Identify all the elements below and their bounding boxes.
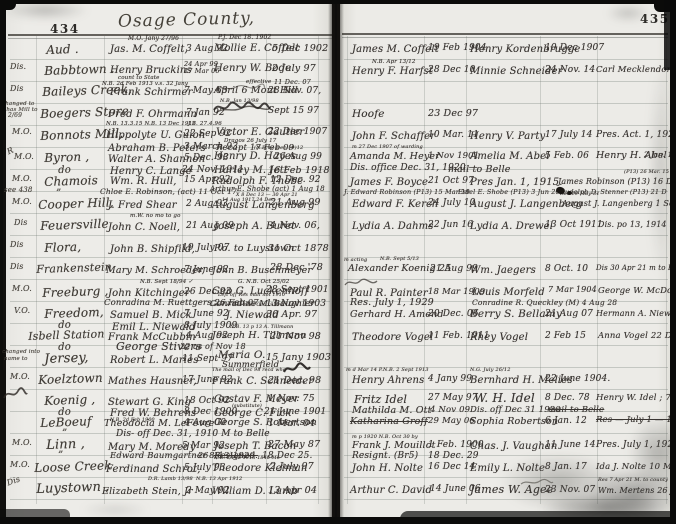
office-name: Byron , — [44, 150, 89, 165]
handwritten-entry: Katharina Groff — [350, 417, 428, 427]
scan-edge-left — [0, 130, 3, 370]
handwritten-entry: Wm. Jaegers — [470, 265, 536, 276]
scanned-ledger-spread: 434 435 Osage County, Aud .M.O. Jany 27/… — [0, 0, 676, 524]
binding-gutter — [328, 0, 344, 524]
handwritten-entry: 2 Feb 15 — [545, 332, 586, 342]
handwritten-entry: Frank J. Mouillot — [352, 441, 436, 451]
handwritten-entry: Henry F. Harfst — [352, 66, 433, 77]
handwritten-entry: 17 July 14 — [545, 131, 593, 141]
handwritten-entry: N.B. Sept 5/13 — [380, 257, 419, 263]
office-name: Jersey, — [44, 351, 89, 367]
handwritten-entry: Res 19 May 31 — [560, 192, 600, 198]
handwritten-entry: 28 Dec 10 — [428, 66, 476, 76]
handwritten-entry: Lydia A. Dahms — [352, 221, 434, 232]
handwritten-entry: John F. Schaffer — [352, 131, 435, 142]
page-number-left: 434 — [50, 22, 80, 36]
handwritten-entry: Left off Res mail not 1910 — [218, 293, 285, 298]
handwritten-entry: Fred F. Ohrmann — [108, 109, 197, 120]
handwritten-entry: August J. Langenberg 1 Sept 31 — [562, 200, 676, 209]
margin-annotation: Dis — [10, 241, 24, 250]
scan-edge-bottom — [400, 511, 676, 519]
handwritten-entry: 22 Dec 1907 — [268, 128, 327, 138]
handwritten-entry: Dis 30 Apr 21 m to Bonnots Mill — [596, 265, 676, 273]
handwritten-entry: Sept 15 97 — [268, 107, 319, 117]
handwritten-entry: 4 Nov. 06, — [270, 221, 320, 231]
handwritten-entry: Wm. Mertens 26 July 1909 — [598, 487, 676, 496]
handwritten-entry: Elizabeth Stein, Jr — [102, 487, 193, 497]
office-name: Koelztown — [38, 372, 103, 387]
handwritten-entry: 21 Aug 07 — [545, 310, 593, 320]
margin-annotation: changed into — [2, 349, 40, 355]
handwritten-entry: m.W. no mo to go — [130, 213, 181, 219]
handwritten-entry: Wm. R. Hull, — [110, 176, 177, 187]
handwritten-entry: 16 Dec 14 — [428, 463, 476, 473]
handwritten-entry: 8 Oct. 10 — [545, 265, 588, 275]
handwritten-entry: John H. Nolte — [352, 463, 423, 474]
handwritten-entry: James Robinson (P13) 16 Dec. 15 — [558, 178, 676, 187]
handwritten-entry: Frank Schirmer — [110, 87, 193, 98]
handwritten-entry: N.B. 13.3.15 N.B. 13 Dec 1912 — [106, 121, 196, 127]
handwritten-entry: 11 June 14 — [545, 441, 596, 451]
handwritten-entry: 5 Dec 1902 — [272, 44, 328, 54]
handwritten-entry: Res — July 1 — 1912 — [596, 416, 676, 425]
handwritten-entry: Dis- off Dec. 31, 1910 M to Belle — [116, 430, 270, 440]
margin-annotation: M.O. — [14, 153, 34, 162]
margin-annotation: 2/69 — [8, 113, 22, 120]
handwritten-entry: Res 7 Apr 21 M. to county mill — [598, 478, 676, 484]
handwritten-entry: 28 Dec '78 — [270, 263, 323, 273]
handwritten-entry: Hermann A. Niewald 9 Oct. 08 — [596, 310, 676, 319]
county-header: Osage County, — [118, 8, 255, 32]
handwritten-entry: 21 Aug 99 — [270, 198, 321, 208]
margin-annotation: Dis — [10, 263, 24, 272]
handwritten-entry: mail to Belle — [548, 406, 604, 415]
handwritten-entry: Henry V. Party — [470, 131, 545, 142]
handwritten-entry: 13 Oct 1911 — [545, 221, 603, 231]
handwritten-entry: N.B. 13 Apr 1912 — [196, 477, 242, 483]
handwritten-entry: 1 Mar. 04 — [268, 419, 315, 429]
handwritten-entry: 22 June 1904. — [545, 375, 610, 385]
handwritten-entry: 18 Dec. 29 — [428, 452, 479, 462]
handwritten-entry: Estel E. Shobe (P13) 3 Jun 20 — [458, 189, 560, 196]
handwritten-entry: Conradine R. Queckley (M) 4 Aug 28 — [472, 299, 617, 307]
handwritten-entry: 1 Nov. 75 — [268, 394, 315, 404]
handwritten-entry: 2 July 97 — [270, 462, 314, 472]
handwritten-entry: Dis. po 13, 1914 m E. Byron — [598, 221, 676, 230]
handwritten-entry: 28 Nov. 07, — [268, 87, 321, 97]
handwritten-entry: Samuel B. Mick — [110, 310, 192, 321]
handwritten-entry: J. Fred Shear — [108, 200, 177, 211]
handwritten-entry: m 27 Dec 1907 of warding — [352, 145, 423, 151]
ink-scribble — [344, 277, 378, 289]
handwritten-entry: George W. McDole 12 Oct 21 — [598, 287, 676, 296]
ink-scribble — [520, 478, 554, 488]
margin-annotation: M.O. — [12, 175, 32, 184]
handwritten-entry: Ida J. Nolte 10 May 22 — [596, 463, 676, 472]
handwritten-entry: 4 Jany 99 — [428, 375, 472, 385]
handwritten-entry: Pres Jan. 1, 1915. — [470, 177, 563, 188]
scan-edge-bottom — [0, 509, 70, 519]
handwritten-entry: 23 Dec 97 — [428, 109, 478, 119]
handwritten-entry: Anna Vogel 22 Dec. 15 — [598, 332, 676, 341]
handwritten-entry: m d Mar 14 P.N.B. 2 Sept 1913 — [346, 368, 429, 374]
office-name: Flora, — [44, 241, 81, 255]
scan-edge-top — [0, 0, 676, 4]
office-name: Freeburg , — [42, 285, 109, 300]
handwritten-entry: 24 July 10 — [428, 199, 476, 209]
handwritten-entry: Hoofe — [352, 109, 385, 121]
margin-annotation: M.O. — [10, 461, 30, 470]
ink-scribble — [2, 386, 28, 402]
handwritten-entry: N.G. July 26/12 — [470, 368, 511, 374]
margin-annotation: M.O. — [12, 128, 32, 137]
header-rule-right — [342, 33, 668, 35]
handwritten-entry: 30 Apr. 97 — [266, 310, 317, 320]
handwritten-entry: Rhey Vogel — [470, 332, 528, 343]
handwritten-entry: M.O. Jany 27/96 — [128, 36, 179, 43]
handwritten-entry: Henry W. Idel ; 7 Jany 99 — [596, 394, 676, 403]
handwritten-entry: Louis Morfeld — [472, 287, 545, 298]
handwritten-entry: Arthur C. David — [350, 485, 432, 496]
handwritten-entry: 6 Jan. 12 — [545, 417, 587, 427]
handwritten-entry: 13 Apr 04 — [268, 486, 317, 496]
handwritten-entry: Stewart G. King — [108, 397, 191, 408]
scan-edge-left — [0, 0, 6, 140]
handwritten-entry: 10 Dec 1907 — [545, 44, 604, 54]
office-name: Aud . — [46, 43, 79, 57]
office-name: Babbtown . — [44, 63, 115, 79]
ink-scribble — [214, 82, 266, 94]
margin-annotation: Dis — [10, 85, 24, 94]
handwritten-entry: 31 Oct 1878 — [268, 244, 329, 254]
margin-annotation: name to — [4, 356, 28, 362]
handwritten-entry: 22 Jun 16 — [428, 221, 473, 231]
handwritten-entry: James F. Boyce — [350, 177, 428, 188]
handwritten-entry: John C. Noell, — [108, 222, 180, 233]
handwritten-entry: 27 May 87 — [268, 440, 320, 450]
handwritten-entry: D.R. Lamb 13/98 — [148, 477, 193, 483]
margin-annotation: M.O. — [12, 285, 32, 294]
ink-scribble — [282, 362, 312, 377]
handwritten-entry: W. H. Idel — [474, 392, 535, 405]
handwritten-entry: J. Edward Robinson (P13) 15 Mar 19 — [344, 189, 470, 196]
handwritten-entry: 26 Aug 99 — [274, 153, 322, 163]
handwritten-entry: (N.B.13 Dec.19)12 — [254, 146, 303, 152]
ink-scribble — [212, 99, 272, 117]
handwritten-entry: mail to Belle — [448, 165, 511, 175]
margin-annotation: V.O. — [14, 307, 30, 316]
handwritten-entry: Amanda M. Heyer — [350, 152, 440, 162]
handwritten-entry: Emily L. Nolte — [470, 463, 545, 474]
handwritten-entry: 2 July 97 — [272, 64, 316, 74]
office-name: Chamois — [44, 174, 98, 189]
office-name: Luystown , — [36, 480, 110, 497]
office-name: Linn , — [46, 438, 85, 454]
office-name: Freedom, — [44, 306, 104, 321]
handwritten-entry: 21 Oct 97 — [428, 177, 474, 187]
margin-annotation: M.O. — [12, 439, 32, 448]
office-name: Cooper Hill, — [38, 196, 114, 212]
handwritten-entry: Res. July 1, 1929 — [350, 298, 434, 308]
handwritten-entry: N.B. Sept 18/94 ✓ — [140, 279, 193, 285]
handwritten-entry: N.B. Apr 13/12 — [372, 59, 416, 65]
handwritten-entry: 21 Nov 98 — [270, 332, 321, 342]
handwritten-entry: The mail of Dec 98 recd who — [212, 368, 286, 373]
handwritten-entry: 27 May 97 — [428, 394, 478, 404]
office-name: Loose Creek — [34, 459, 112, 475]
handwritten-entry: Mathilda M. Ott — [352, 406, 432, 416]
scan-edge-right — [664, 0, 676, 70]
handwritten-entry: Later w. Res mail Oct 1910 d — [210, 303, 285, 308]
office-name: Feuersville — [40, 218, 109, 234]
handwritten-entry: 5 Feb. 06 — [545, 152, 589, 162]
handwritten-entry: Theodore Vogel — [352, 332, 433, 343]
handwritten-entry: Henry Ahrens — [352, 375, 424, 386]
handwritten-entry: Lydia A. Drewel — [470, 221, 553, 232]
handwritten-entry: Resignt. (Br5) — [352, 452, 418, 462]
margin-annotation: Dis — [14, 219, 28, 228]
scan-edge-right — [670, 0, 676, 524]
handwritten-entry: 21 Dec. 98 — [268, 376, 321, 386]
handwritten-entry: (P13) 26 Mar. 15 — [624, 170, 669, 176]
handwritten-entry: Edward F. Kerch — [352, 199, 439, 210]
margin-annotation: Dis. — [10, 63, 26, 72]
handwritten-entry: 8 Dec. 78 — [545, 394, 590, 404]
margin-annotation: M.O. — [12, 198, 32, 207]
handwritten-entry: Pres. Act. 1, 1922. — [596, 131, 676, 141]
handwritten-entry: Pres. July 1, 1922 — [596, 441, 676, 451]
handwritten-entry: James M. Coffelt — [352, 44, 439, 55]
handwritten-entry: 4 Nov 09 — [430, 406, 470, 415]
handwritten-entry: 26 — [198, 452, 208, 461]
handwritten-entry: 8 Jan. 17 — [545, 463, 587, 473]
handwritten-entry: Jas. M. Coffelt, — [110, 44, 188, 55]
margin-annotation: M.O. — [10, 373, 30, 382]
handwritten-entry: 7 June 92 — [184, 310, 229, 320]
margin-annotation: see 438 — [4, 187, 33, 195]
handwritten-entry: 24 Nov. 14 — [545, 66, 595, 76]
header-rule-right-thin — [342, 37, 668, 38]
handwritten-entry: 7 Mar 1904 — [548, 286, 597, 295]
ink-blot — [567, 191, 572, 195]
handwritten-entry: 29 May 06 — [428, 417, 475, 426]
handwritten-entry: Amelia M. Abel — [470, 151, 550, 162]
handwritten-entry: P.J. Dec 18. 1902 — [218, 35, 271, 42]
